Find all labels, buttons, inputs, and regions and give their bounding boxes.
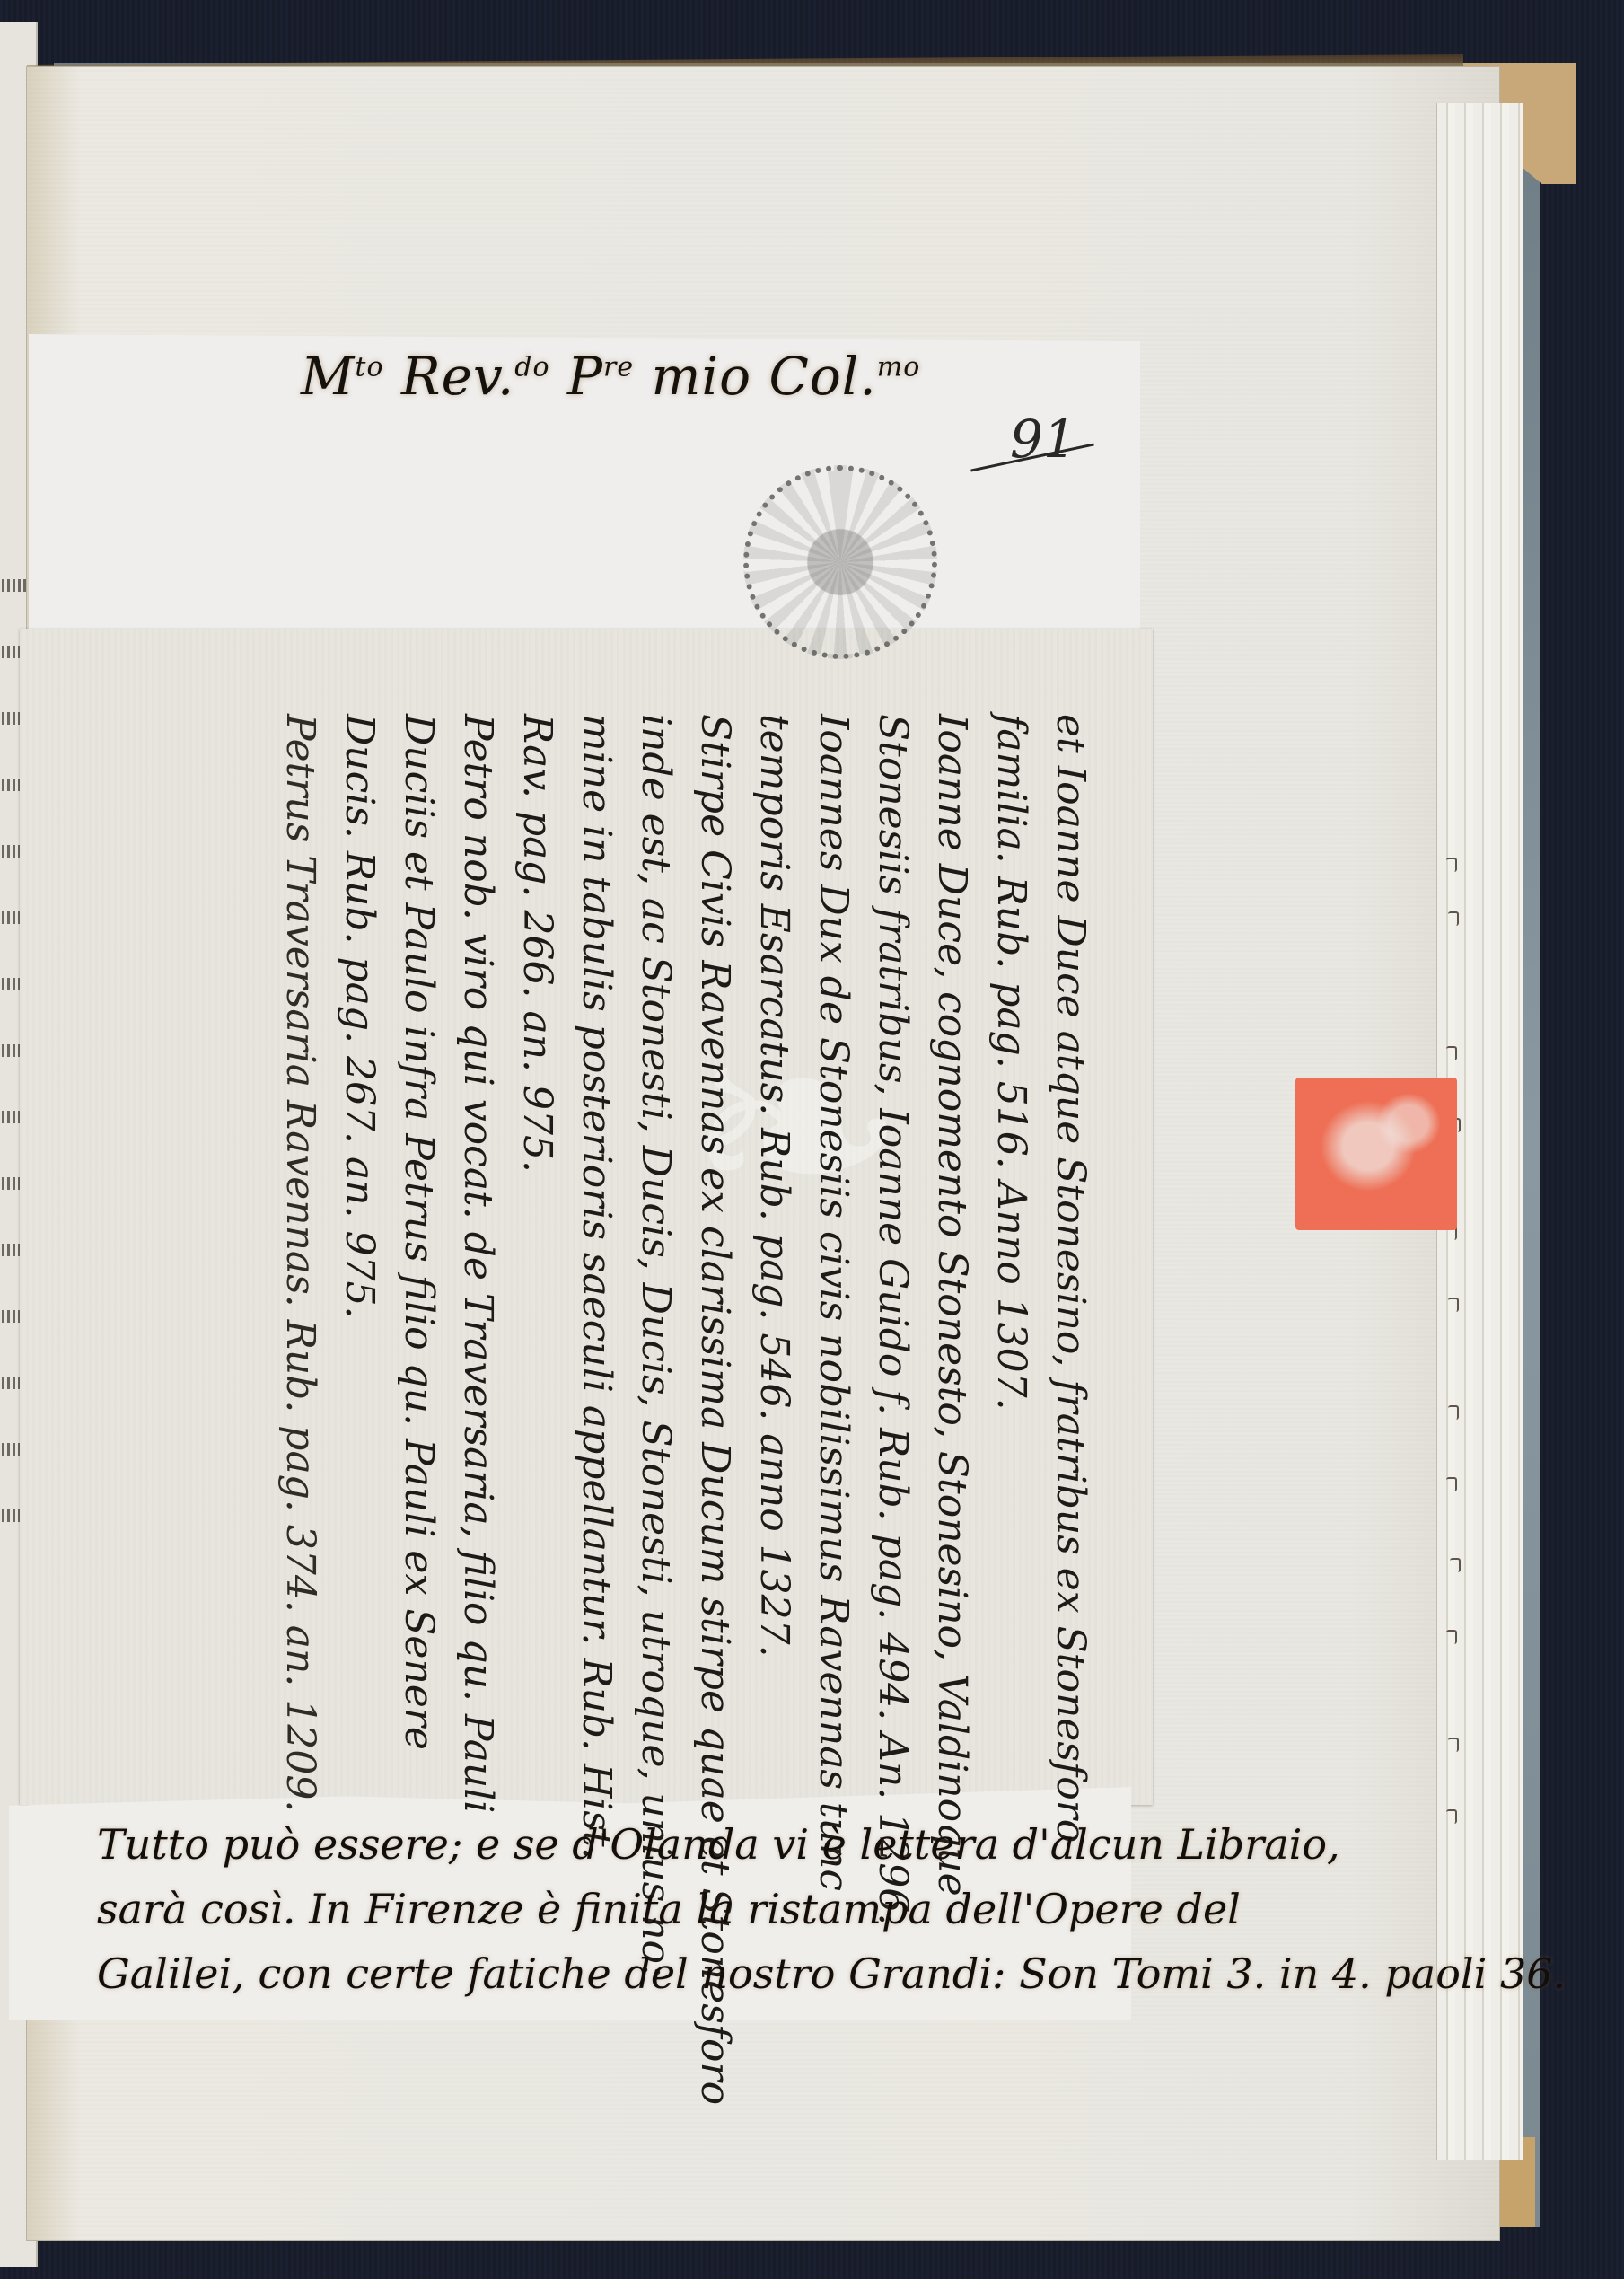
library-round-stamp-icon — [743, 465, 937, 659]
latin-column-text: et Ioanne Duce atque Stonesino, fratribu… — [40, 714, 1100, 1773]
bottom-note: Tutto può essere; e se d'Olanda vi è let… — [97, 1812, 1129, 2006]
latin-line: temporis Esarcatus. Rub. pag. 546. anno … — [744, 714, 803, 1773]
note-line: Galilei, con certe fatiche del nostro Gr… — [97, 1941, 1129, 2006]
address-part: Rev. — [384, 346, 515, 407]
address-superscript: to — [355, 352, 383, 383]
latin-line: Stirpe Civis Ravennas ex clarissima Ducu… — [685, 714, 744, 1773]
latin-line: Duciis et Paulo infra Petrus filio qu. P… — [389, 714, 448, 1773]
latin-line: et Ioanne Duce atque Stonesino, fratribu… — [1040, 714, 1100, 1773]
red-square-stamp-icon — [1295, 1078, 1457, 1230]
address-superscript: re — [603, 352, 634, 383]
address-part: M — [301, 346, 355, 407]
latin-line: Petrus Traversaria Ravennas. Rub. pag. 3… — [270, 714, 329, 1773]
latin-line: Rav. pag. 266. an. 975. — [507, 714, 566, 1773]
latin-line: Stonesiis fratribus, Ioanne Guido f. Rub… — [863, 714, 922, 1773]
address-line: Mto Rev.do Pre mio Col.mo — [301, 346, 920, 407]
latin-line: inde est, ac Stonesti, Ducis, Ducis, Sto… — [626, 714, 685, 1773]
latin-line: Ioannes Dux de Stonesiis civis nobilissi… — [803, 714, 863, 1773]
latin-line: familia. Rub. pag. 516. Anno 1307. — [981, 714, 1040, 1773]
address-superscript: do — [514, 352, 549, 383]
latin-line: Petro nob. viro qui vocat. de Traversari… — [448, 714, 507, 1773]
latin-line: Ioanne Duce, cognomento Stonesto, Stones… — [922, 714, 981, 1773]
latin-line: mine in tabulis posterioris saeculi appe… — [566, 714, 626, 1773]
address-part: mio Col. — [634, 346, 877, 407]
address-superscript: mo — [877, 352, 921, 383]
note-line: Tutto può essere; e se d'Olanda vi è let… — [97, 1812, 1129, 1877]
note-line: sarà così. In Firenze è finita la ristam… — [97, 1877, 1129, 1941]
latin-line: Ducis. Rub. pag. 267. an. 975. — [329, 714, 389, 1773]
address-part: P — [550, 346, 603, 407]
